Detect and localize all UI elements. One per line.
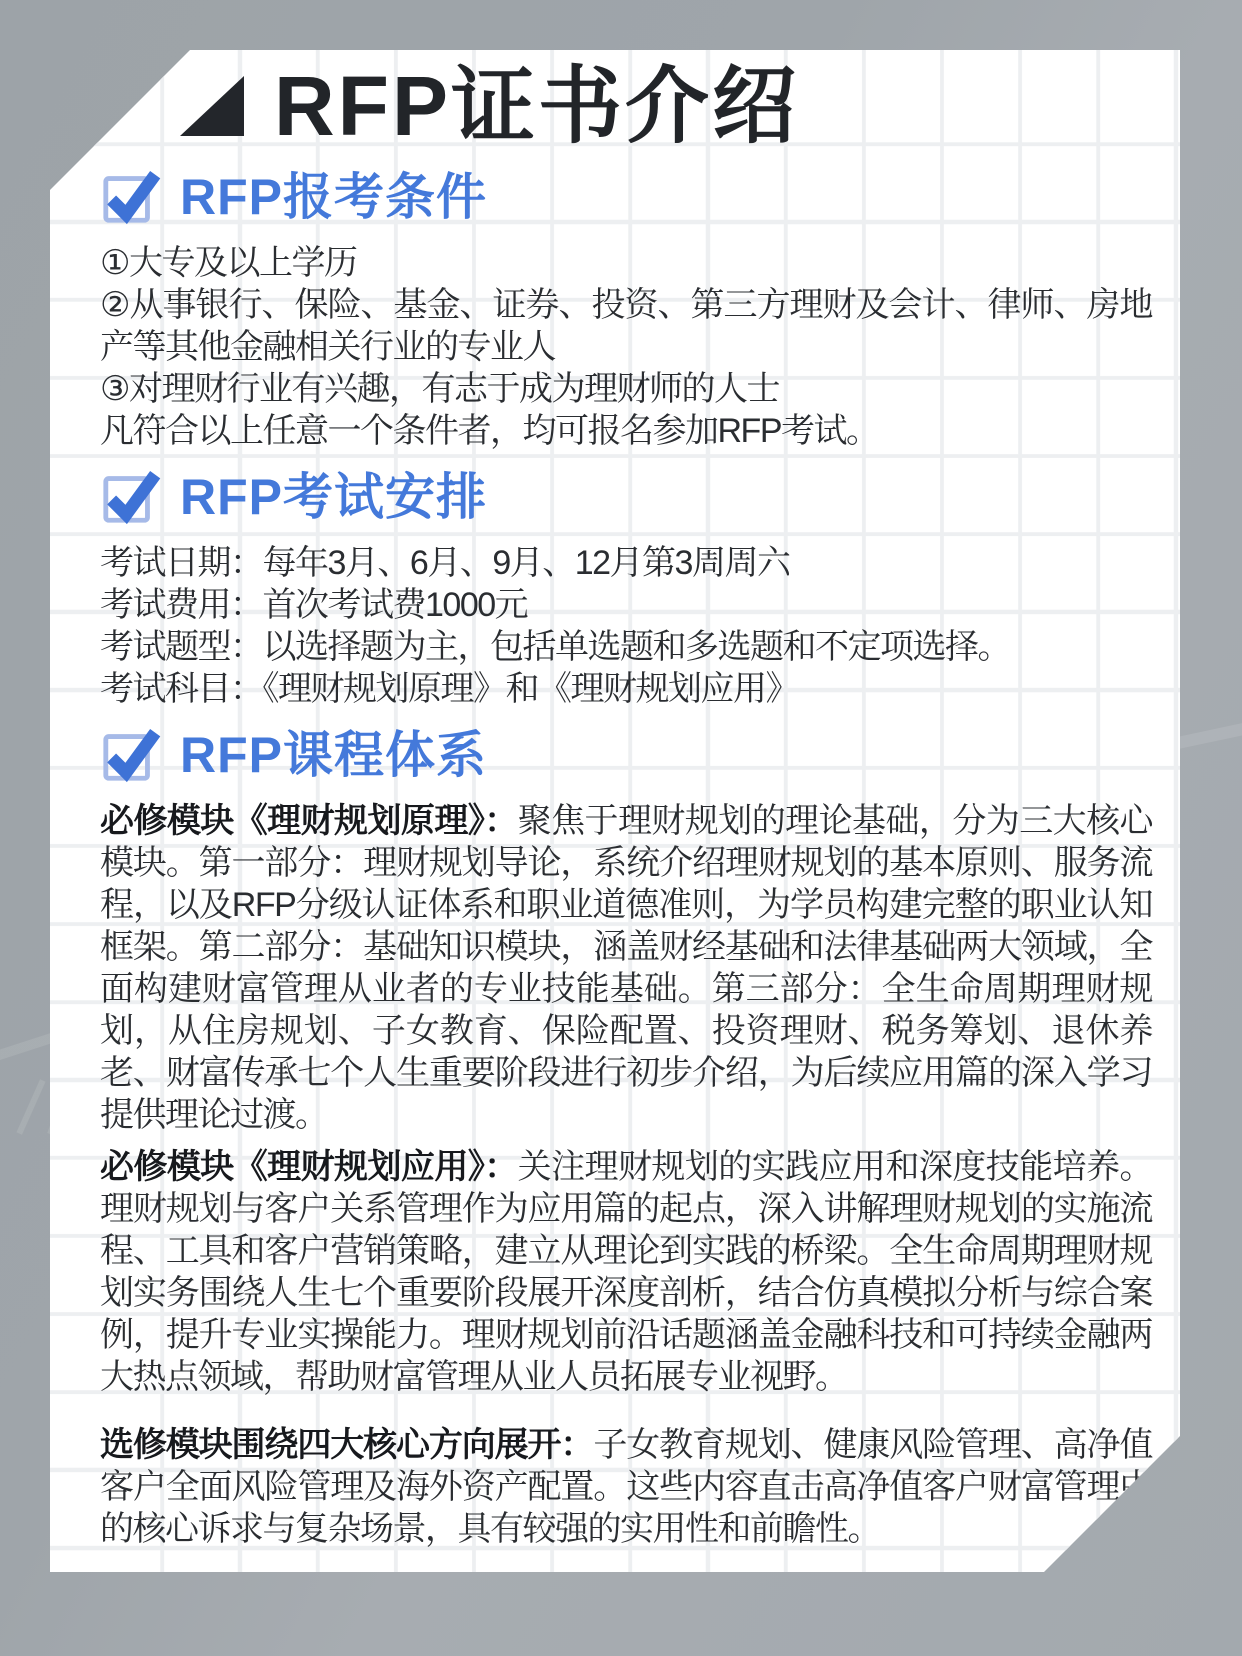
schedule-item: 考试费用：首次考试费1000元	[100, 584, 1152, 626]
curriculum-paragraph-application: 必修模块《理财规划应用》：关注理财规划的实践应用和深度技能培养。理财规划与客户关…	[100, 1146, 1152, 1398]
schedule-item: 考试日期：每年3月、6月、9月、12月第3周周六	[100, 542, 1152, 584]
paragraph-body: 聚焦于理财规划的理论基础，分为三大核心模块。第一部分：理财规划导论，系统介绍理财…	[100, 802, 1152, 1134]
curriculum-paragraph-principles: 必修模块《理财规划原理》：聚焦于理财规划的理论基础，分为三大核心模块。第一部分：…	[100, 800, 1152, 1136]
requirement-item: 凡符合以上任意一个条件者，均可报名参加RFP考试。	[100, 410, 1152, 452]
paragraph-lead: 选修模块围绕四大核心方向展开：	[100, 1426, 593, 1464]
section-header-curriculum: RFP课程体系	[100, 724, 1152, 786]
card-content: RFP证书介绍 RFP报考条件 ①大专及以上学历 ②从事银行、保险、基金、证券、…	[50, 50, 1180, 1572]
checkbox-icon	[100, 466, 162, 528]
poster-background: RFP证书介绍 RFP报考条件 ①大专及以上学历 ②从事银行、保险、基金、证券、…	[0, 0, 1242, 1656]
section-header-schedule: RFP考试安排	[100, 466, 1152, 528]
section-title: RFP课程体系	[180, 730, 487, 780]
schedule-item: 考试题型：以选择题为主，包括单选题和多选题和不定项选择。	[100, 626, 1152, 668]
section-header-requirements: RFP报考条件	[100, 166, 1152, 228]
note-card: RFP证书介绍 RFP报考条件 ①大专及以上学历 ②从事银行、保险、基金、证券、…	[50, 50, 1180, 1572]
curriculum-paragraph-electives: 选修模块围绕四大核心方向展开：子女教育规划、健康风险管理、高净值客户全面风险管理…	[100, 1424, 1152, 1550]
requirement-item: ②从事银行、保险、基金、证券、投资、第三方理财及会计、律师、房地产等其他金融相关…	[100, 284, 1152, 368]
section-title: RFP报考条件	[180, 172, 487, 222]
schedule-item: 考试科目：《理财规划原理》和《理财规划应用》	[100, 668, 1152, 710]
page-title-row: RFP证书介绍	[100, 60, 1152, 152]
requirement-item: ③对理财行业有兴趣，有志于成为理财师的人士	[100, 368, 1152, 410]
page-title: RFP证书介绍	[274, 64, 799, 148]
paragraph-lead: 必修模块《理财规划原理》：	[100, 802, 518, 840]
paragraph-lead: 必修模块《理财规划应用》：	[100, 1148, 518, 1186]
section-title: RFP考试安排	[180, 472, 487, 522]
checkbox-icon	[100, 724, 162, 786]
checkbox-icon	[100, 166, 162, 228]
requirement-item: ①大专及以上学历	[100, 242, 1152, 284]
paper-scratch-decoration	[16, 1079, 45, 1134]
triangle-icon	[180, 76, 244, 136]
schedule-list: 考试日期：每年3月、6月、9月、12月第3周周六 考试费用：首次考试费1000元…	[100, 542, 1152, 710]
requirements-list: ①大专及以上学历 ②从事银行、保险、基金、证券、投资、第三方理财及会计、律师、房…	[100, 242, 1152, 452]
